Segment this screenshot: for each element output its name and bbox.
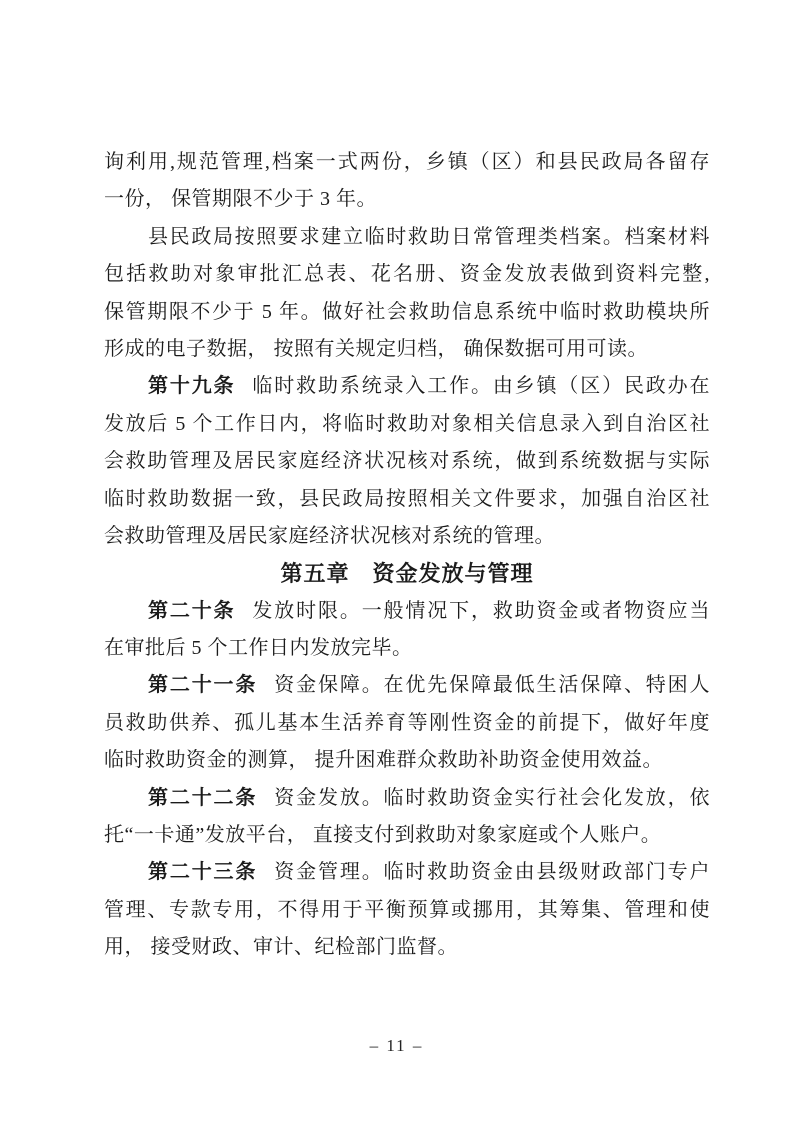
text-line: 会救助管理及居民家庭经济状况核对系统，做到系统数据与实际 [104,443,710,480]
text-line: 县民政局按照要求建立临时救助日常管理类档案。档案材料 [104,219,710,256]
article-number: 第二十一条 [148,674,257,696]
text-line: 会救助管理及居民家庭经济状况核对系统的管理。 [104,518,710,555]
document-page: 询利用,规范管理,档案一式两份，乡镇（区）和县民政局各留存一份， 保管期限不少于… [0,0,793,1122]
text-line: 第十九条临时救助系统录入工作。由乡镇（区）民政办在 [104,368,710,405]
text-line: 形成的电子数据， 按照有关规定归档， 确保数据可用可读。 [104,331,710,368]
text-line: 第二十一条资金保障。在优先保障最低生活保障、特困人 [104,667,710,704]
page-number: – 11 – [0,1036,793,1056]
article-number: 第十九条 [148,375,235,397]
text-line: 第二十三条资金管理。临时救助资金由县级财政部门专户 [104,854,710,891]
document-body: 询利用,规范管理,档案一式两份，乡镇（区）和县民政局各留存一份， 保管期限不少于… [104,144,710,967]
text-line: 保管期限不少于 5 年。做好社会救助信息系统中临时救助模块所 [104,294,710,331]
text-line: 一份， 保管期限不少于 3 年。 [104,181,710,218]
text-line: 托“一卡通”发放平台， 直接支付到救助对象家庭或个人账户。 [104,817,710,854]
text-line: 员救助供养、孤儿基本生活养育等刚性资金的前提下，做好年度 [104,705,710,742]
chapter-heading: 第五章 资金发放与管理 [104,555,710,592]
text-line: 包括救助对象审批汇总表、花名册、资金发放表做到资料完整, [104,256,710,293]
text-line: 发放后 5 个工作日内，将临时救助对象相关信息录入到自治区社 [104,406,710,443]
article-number: 第二十条 [148,600,235,622]
text-line: 第二十条发放时限。一般情况下，救助资金或者物资应当 [104,593,710,630]
text-line: 临时救助资金的测算， 提升困难群众救助补助资金使用效益。 [104,742,710,779]
text-line: 询利用,规范管理,档案一式两份，乡镇（区）和县民政局各留存 [104,144,710,181]
text-line: 临时救助数据一致，县民政局按照相关文件要求，加强自治区社 [104,481,710,518]
article-number: 第二十三条 [148,861,257,883]
article-number: 第二十二条 [148,787,257,809]
text-line: 管理、专款专用，不得用于平衡预算或挪用，其筹集、管理和使 [104,892,710,929]
text-line: 用， 接受财政、审计、纪检部门监督。 [104,929,710,966]
text-line: 第二十二条资金发放。临时救助资金实行社会化发放，依 [104,780,710,817]
text-line: 在审批后 5 个工作日内发放完毕。 [104,630,710,667]
